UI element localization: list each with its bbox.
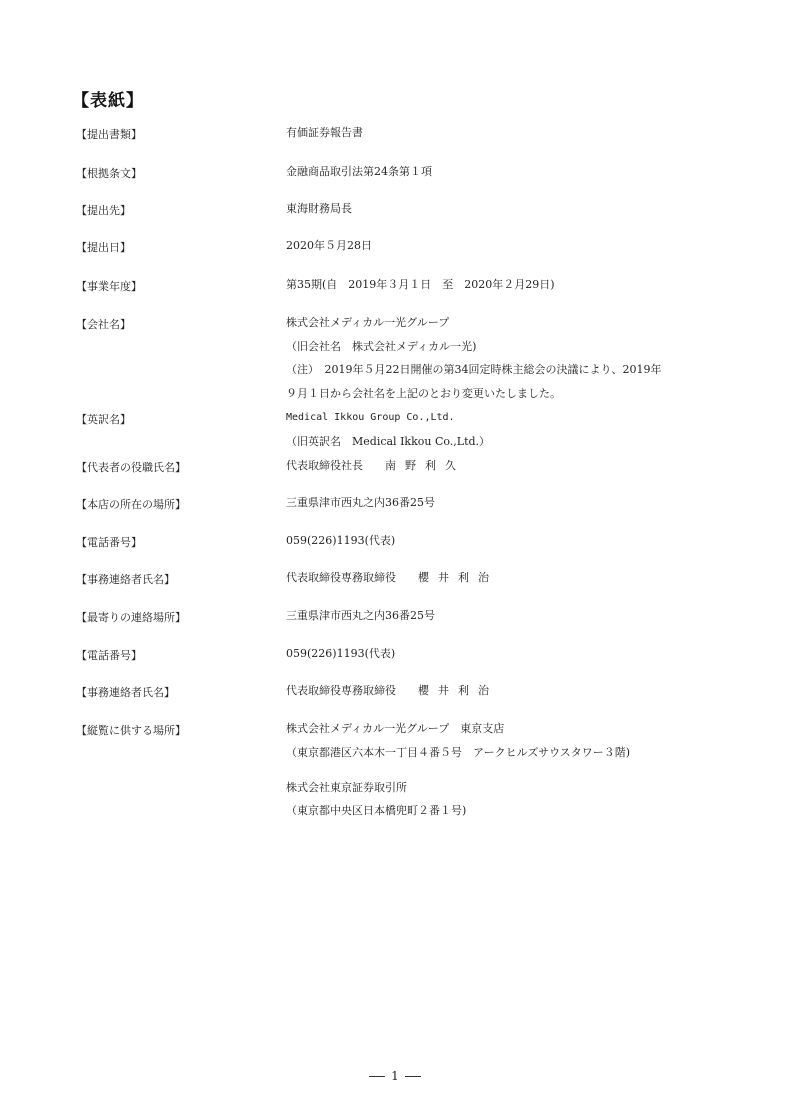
- field-value: 東海財務局長: [286, 202, 352, 226]
- name-char: 井: [438, 684, 449, 697]
- representative-title: 代表取締役社長: [286, 459, 363, 472]
- field-label: 【事業年度】: [76, 278, 142, 294]
- field-value: 059(226)1193(代表): [286, 647, 395, 671]
- field-label: 【電話番号】: [76, 647, 142, 663]
- section-title: 【表紙】: [72, 86, 144, 111]
- name-char: 櫻: [418, 571, 429, 584]
- field-label: 【電話番号】: [76, 534, 142, 550]
- page-number: 1: [0, 1069, 790, 1083]
- field-value: 代表取締役社長南野利久: [286, 459, 456, 473]
- field-label: 【英訳名】: [76, 411, 131, 427]
- name-char: 利: [458, 684, 469, 697]
- name-char: 久: [445, 459, 456, 472]
- field-value: 代表取締役専務取締役櫻井利治: [286, 571, 489, 585]
- name-char: 井: [438, 571, 449, 584]
- field-value: 株式会社メディカル一光グループ 東京支店 （東京都港区六本木一丁目４番５号 アー…: [286, 722, 630, 828]
- field-value: 三重県津市西丸之内36番25号: [286, 609, 435, 633]
- field-value: 059(226)1193(代表): [286, 534, 395, 558]
- field-label: 【代表者の役職氏名】: [76, 459, 186, 475]
- field-value: Medical Ikkou Group Co.,Ltd. （旧英訳名 Medic…: [286, 411, 490, 458]
- field-label: 【根拠条文】: [76, 165, 142, 181]
- dash-left: [369, 1076, 385, 1077]
- field-value: 第35期(自 2019年３月１日 至 2020年２月29日): [286, 278, 555, 302]
- name-char: 野: [405, 459, 416, 472]
- field-value: 三重県津市西丸之内36番25号: [286, 496, 435, 520]
- field-label: 【事務連絡者氏名】: [76, 684, 175, 700]
- field-label: 【提出先】: [76, 202, 131, 218]
- dash-right: [405, 1076, 421, 1077]
- field-label: 【最寄りの連絡場所】: [76, 609, 186, 625]
- name-char: 櫻: [418, 684, 429, 697]
- field-label: 【提出書類】: [76, 126, 142, 142]
- name-char: 利: [458, 571, 469, 584]
- field-label: 【縦覧に供する場所】: [76, 722, 186, 738]
- field-value: 有価証券報告書: [286, 126, 363, 150]
- name-char: 治: [478, 571, 489, 584]
- field-value: 代表取締役専務取締役櫻井利治: [286, 684, 489, 698]
- contact-title: 代表取締役専務取締役: [286, 684, 396, 697]
- field-value: 株式会社メディカル一光グループ （旧会社名 株式会社メディカル一光) （注） 2…: [286, 316, 661, 411]
- name-char: 利: [425, 459, 436, 472]
- field-label: 【提出日】: [76, 239, 131, 255]
- name-char: 南: [385, 459, 396, 472]
- field-label: 【本店の所在の場所】: [76, 496, 186, 512]
- field-value: 2020年５月28日: [286, 239, 372, 263]
- name-char: 治: [478, 684, 489, 697]
- field-label: 【会社名】: [76, 316, 131, 332]
- field-value: 金融商品取引法第24条第１項: [286, 165, 432, 189]
- field-label: 【事務連絡者氏名】: [76, 571, 175, 587]
- contact-title: 代表取締役専務取締役: [286, 571, 396, 584]
